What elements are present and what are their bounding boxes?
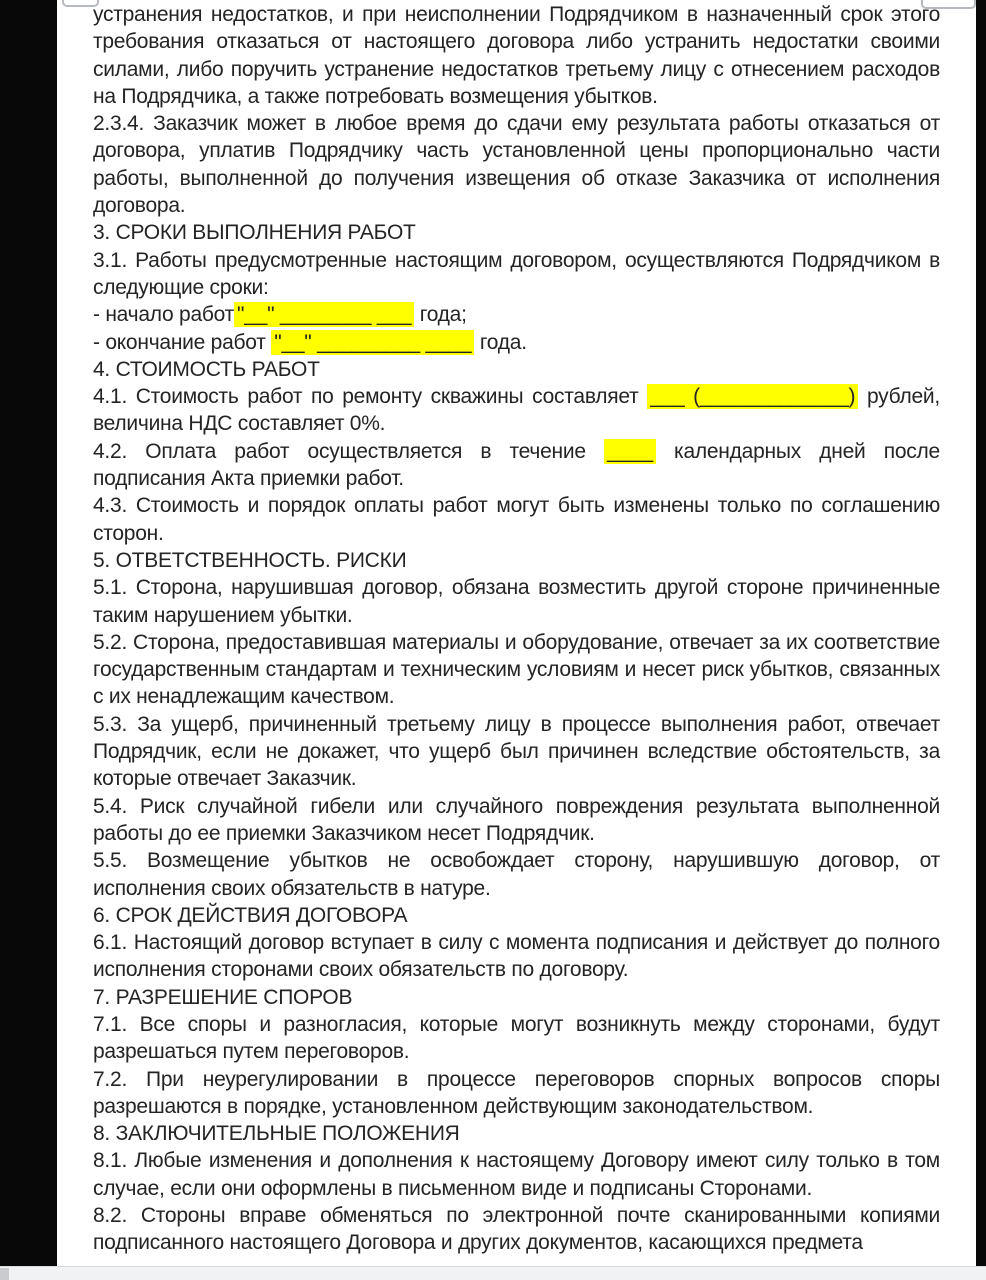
paragraph: 2.3.4. Заказчик может в любое время до с…: [93, 110, 940, 219]
paragraph: 3.1. Работы предусмотренные настоящим до…: [93, 247, 940, 302]
paragraph: 5.3. За ущерб, причиненный третьему лицу…: [93, 711, 940, 793]
text-run: 7. РАЗРЕШЕНИЕ СПОРОВ: [93, 986, 352, 1009]
paragraph: - окончание работ "__" _________ ____ го…: [93, 329, 940, 356]
text-run: 6.1. Настоящий договор вступает в силу с…: [93, 931, 940, 981]
text-run: 5.3. За ущерб, причиненный третьему лицу…: [93, 713, 940, 791]
section-heading: 4. СТОИМОСТЬ РАБОТ: [93, 356, 940, 383]
text-run: 4.1. Стоимость работ по ремонту скважины…: [93, 385, 647, 408]
section-heading: 6. СРОК ДЕЙСТВИЯ ДОГОВОРА: [93, 902, 940, 929]
paragraph: устранения недостатков, и при неисполнен…: [93, 1, 940, 110]
paragraph: 5.4. Риск случайной гибели или случайног…: [93, 793, 940, 848]
paragraph: 8.2. Стороны вправе обменяться по электр…: [93, 1202, 940, 1257]
paragraph: 4.2. Оплата работ осуществляется в течен…: [93, 438, 940, 493]
paragraph: 5.1. Сторона, нарушившая договор, обязан…: [93, 574, 940, 629]
text-run: 8.1. Любые изменения и дополнения к наст…: [93, 1149, 940, 1199]
text-run: 3. СРОКИ ВЫПОЛНЕНИЯ РАБОТ: [93, 221, 416, 244]
text-run: 5.2. Сторона, предоставившая материалы и…: [93, 631, 940, 709]
text-run: устранения недостатков, и при неисполнен…: [93, 3, 940, 108]
text-run: 5.4. Риск случайной гибели или случайног…: [93, 795, 940, 845]
text-run: года.: [474, 331, 527, 354]
text-run: 8.2. Стороны вправе обменяться по электр…: [93, 1204, 940, 1254]
text-run: 8. ЗАКЛЮЧИТЕЛЬНЫЕ ПОЛОЖЕНИЯ: [93, 1122, 460, 1145]
text-run: 2.3.4. Заказчик может в любое время до с…: [93, 112, 940, 217]
highlighted-blank: "__" _________ ____: [271, 330, 474, 355]
highlighted-blank: ___ (_____________): [647, 384, 858, 409]
text-run: 3.1. Работы предусмотренные настоящим до…: [93, 249, 940, 299]
section-heading: 3. СРОКИ ВЫПОЛНЕНИЯ РАБОТ: [93, 219, 940, 246]
text-run: 7.2. При неурегулировании в процессе пер…: [93, 1068, 940, 1118]
text-run: 5. ОТВЕТСТВЕННОСТЬ. РИСКИ: [93, 549, 406, 572]
text-run: - начало работ: [93, 303, 234, 326]
paragraph: 4.1. Стоимость работ по ремонту скважины…: [93, 383, 940, 438]
paragraph: 6.1. Настоящий договор вступает в силу с…: [93, 929, 940, 984]
viewer-left-edge-bar: [0, 0, 57, 1266]
text-run: 7.1. Все споры и разногласия, которые мо…: [93, 1013, 940, 1063]
paragraph: - начало работ"__" ________ ___ года;: [93, 301, 940, 328]
highlighted-blank: ____: [604, 439, 656, 464]
viewer-right-edge-bar: [976, 0, 986, 1266]
text-run: 6. СРОК ДЕЙСТВИЯ ДОГОВОРА: [93, 904, 407, 927]
text-run: 5.1. Сторона, нарушившая договор, обязан…: [93, 576, 940, 626]
bottom-ui-bar: [0, 1266, 986, 1280]
paragraph: 4.3. Стоимость и порядок оплаты работ мо…: [93, 492, 940, 547]
text-run: 4.2. Оплата работ осуществляется в течен…: [93, 440, 604, 463]
bottom-bar-left-notch: [0, 1268, 9, 1280]
text-run: года;: [414, 303, 467, 326]
text-run: 4.3. Стоимость и порядок оплаты работ мо…: [93, 494, 940, 544]
paragraph: 8.1. Любые изменения и дополнения к наст…: [93, 1147, 940, 1202]
section-heading: 5. ОТВЕТСТВЕННОСТЬ. РИСКИ: [93, 547, 940, 574]
section-heading: 7. РАЗРЕШЕНИЕ СПОРОВ: [93, 984, 940, 1011]
paragraph: 5.2. Сторона, предоставившая материалы и…: [93, 629, 940, 711]
highlighted-blank: "__" ________ ___: [234, 302, 414, 327]
paragraph: 7.1. Все споры и разногласия, которые мо…: [93, 1011, 940, 1066]
paragraph: 5.5. Возмещение убытков не освобождает с…: [93, 847, 940, 902]
section-heading: 8. ЗАКЛЮЧИТЕЛЬНЫЕ ПОЛОЖЕНИЯ: [93, 1120, 940, 1147]
text-run: 5.5. Возмещение убытков не освобождает с…: [93, 849, 940, 899]
paragraph: 7.2. При неурегулировании в процессе пер…: [93, 1066, 940, 1121]
document-text: устранения недостатков, и при неисполнен…: [93, 1, 940, 1257]
text-run: - окончание работ: [93, 331, 271, 354]
text-run: 4. СТОИМОСТЬ РАБОТ: [93, 358, 320, 381]
